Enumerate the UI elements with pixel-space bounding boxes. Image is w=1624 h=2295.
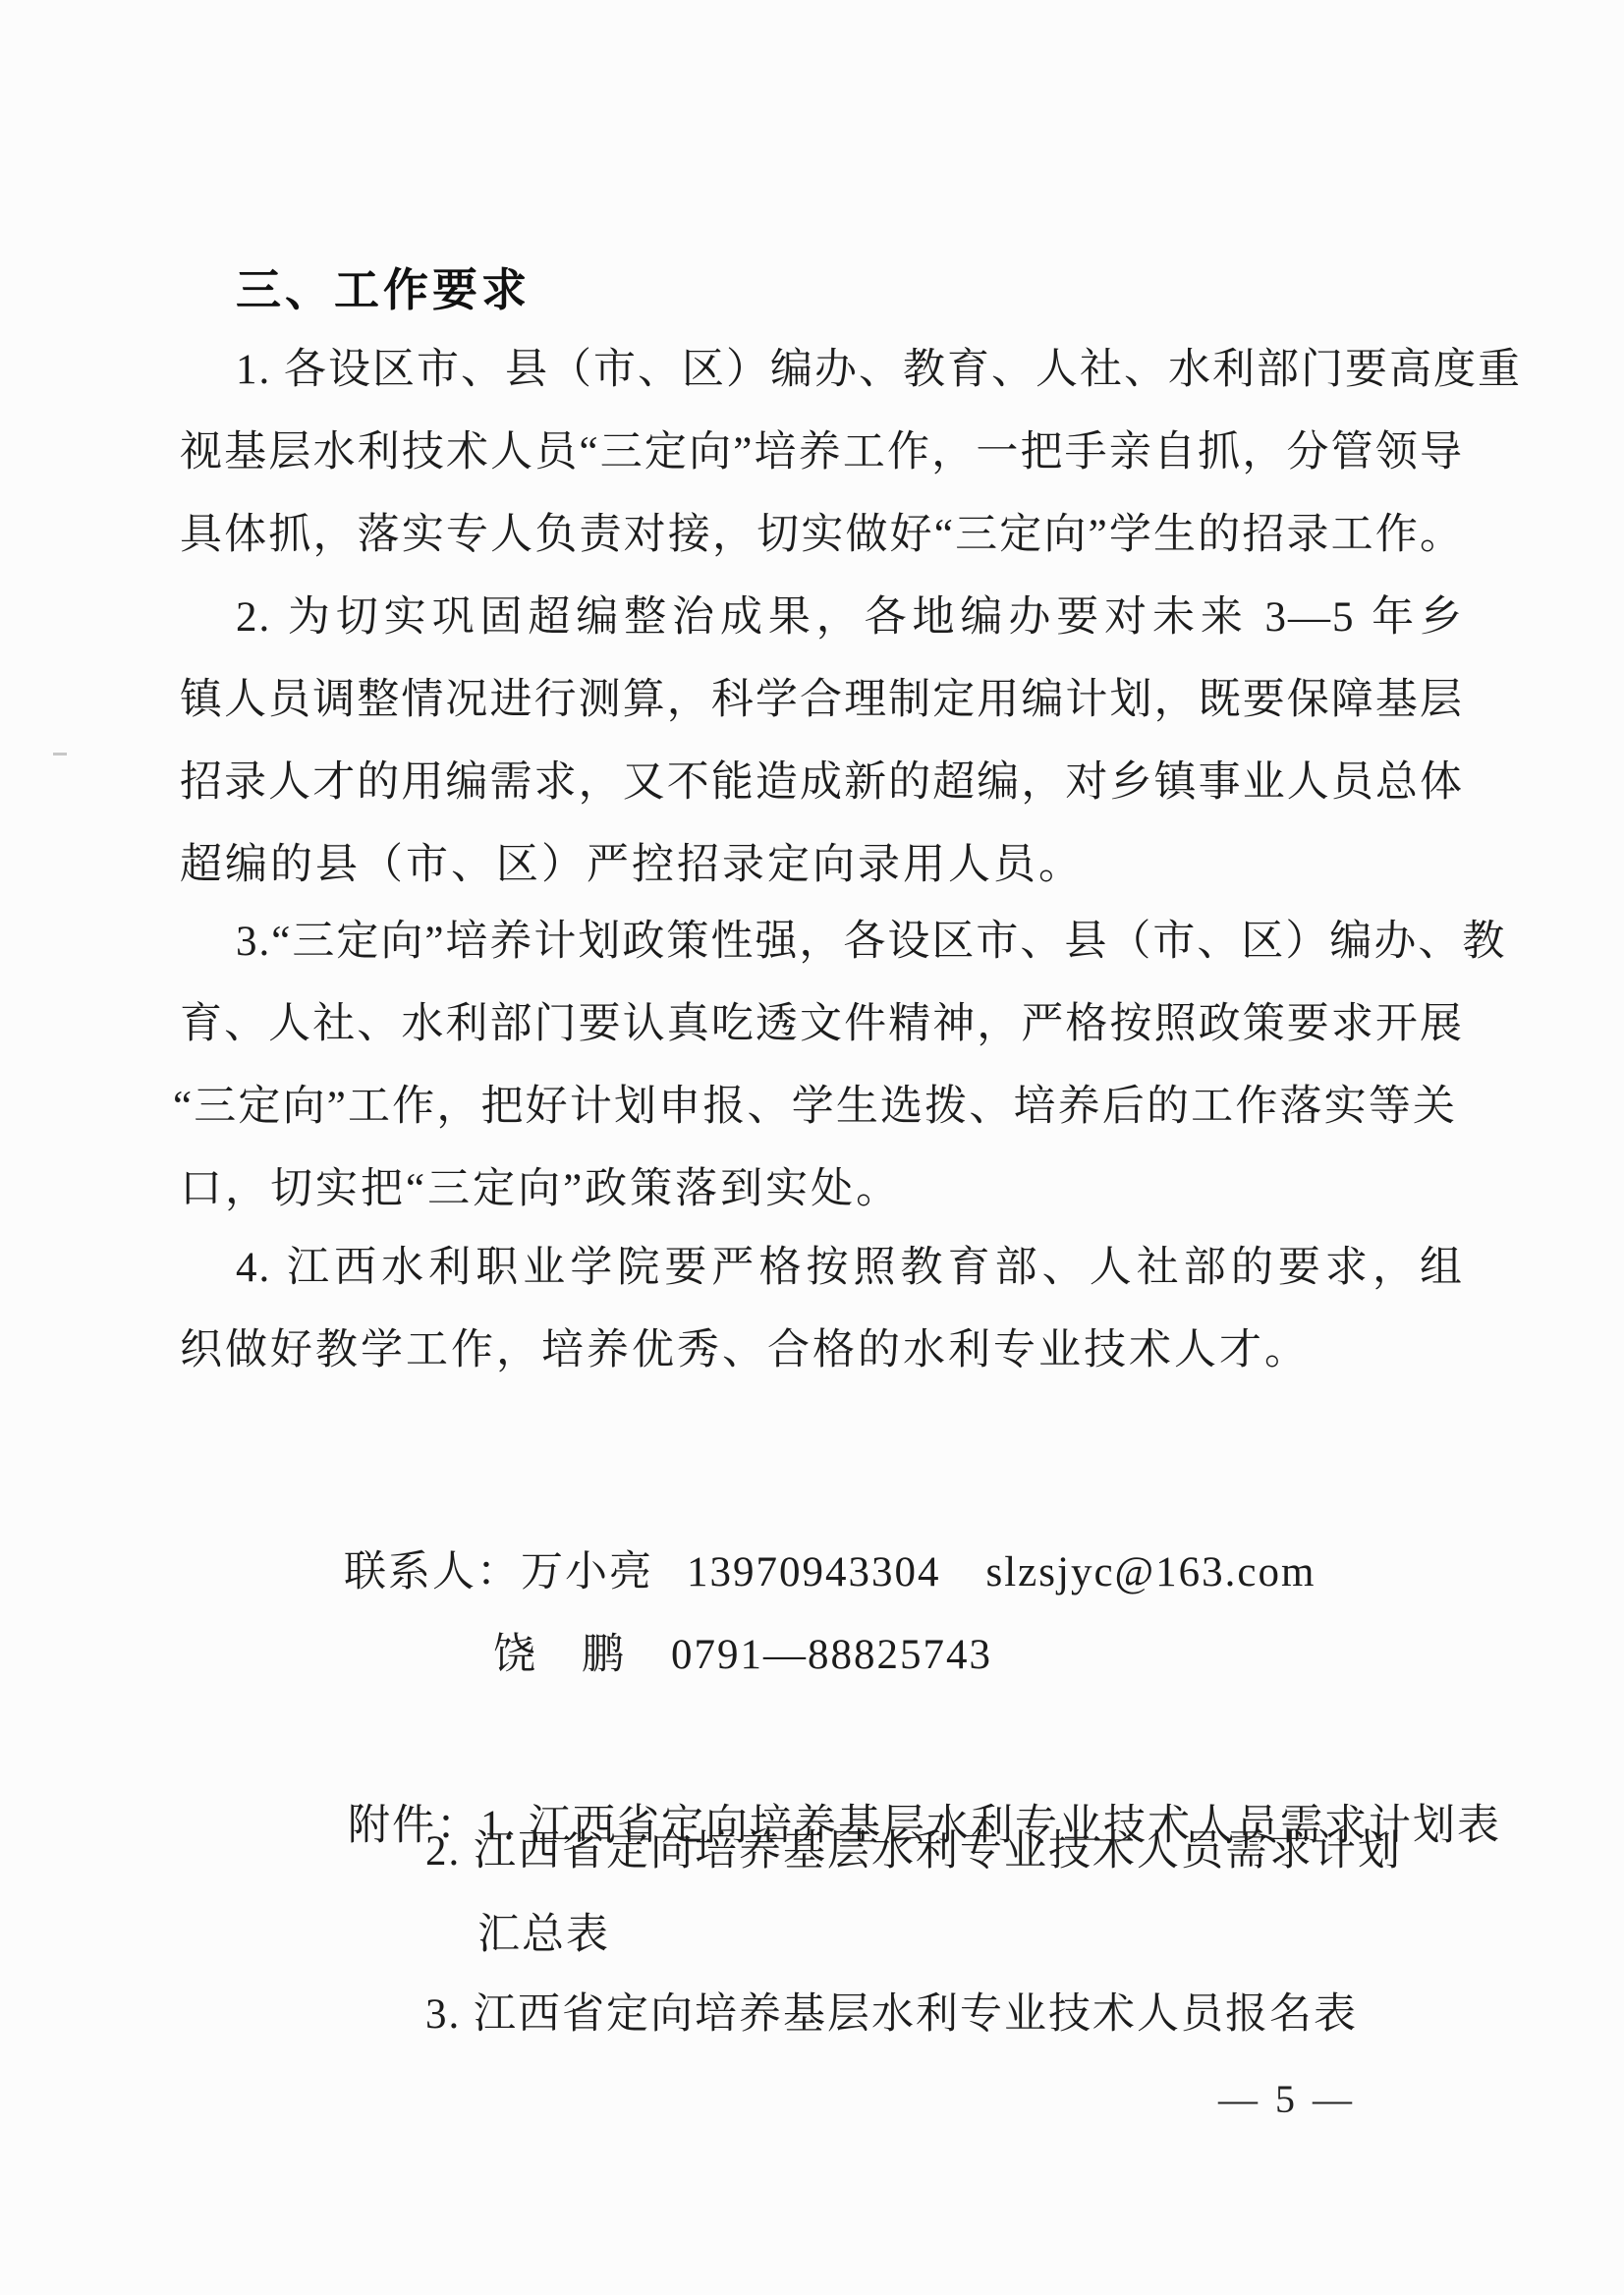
attachment-line: 3. 江西省定向培养基层水利专业技术人员报名表: [425, 1987, 1358, 2043]
paragraph-line: 具体抓，落实专人负责对接，切实做好“三定向”学生的招录工作。: [180, 507, 1464, 564]
paragraph-line: 3.“三定向”培养计划政策性强，各设区市、县（市、区）编办、教: [236, 914, 1464, 971]
attachment-line: 2. 江西省定向培养基层水利专业技术人员需求计划: [425, 1823, 1402, 1880]
page-number: — 5 —: [1218, 2071, 1356, 2128]
scan-artifact: [53, 753, 67, 756]
paragraph-line: 4. 江西水利职业学院要严格按照教育部、人社部的要求，组: [236, 1240, 1464, 1297]
paragraph-line: 1. 各设区市、县（市、区）编办、教育、人社、水利部门要高度重: [236, 342, 1464, 399]
paragraph-line: “三定向”工作，把好计划申报、学生选拨、培养后的工作落实等关: [173, 1079, 1457, 1136]
paragraph-line: 2. 为切实巩固超编整治成果，各地编办要对未来 3—5 年乡: [236, 589, 1464, 646]
section-heading: 三、工作要求: [236, 261, 531, 318]
contact-line: 饶 鹏0791—88825743: [443, 1570, 992, 1741]
paragraph-line: 招录人才的用编需求，又不能造成新的超编，对乡镇事业人员总体: [180, 755, 1464, 812]
paragraph-line: 视基层水利技术人员“三定向”培养工作，一把手亲自抓，分管领导: [180, 424, 1464, 481]
attachment-line: 汇总表: [477, 1907, 610, 1964]
paragraph-line: 织做好教学工作，培养优秀、合格的水利专业技术人才。: [180, 1322, 1310, 1379]
paragraph-line: 口，切实把“三定向”政策落到实处。: [180, 1161, 901, 1218]
contact-name: 饶 鹏: [493, 1627, 626, 1684]
paragraph-line: 育、人社、水利部门要认真吃透文件精神，严格按照政策要求开展: [180, 996, 1464, 1053]
paragraph-line: 超编的县（市、区）严控招录定向录用人员。: [180, 837, 1084, 894]
paragraph-line: 镇人员调整情况进行测算，科学合理制定用编计划，既要保障基层: [180, 672, 1464, 729]
contact-phone: 0791—88825743: [671, 1627, 992, 1684]
contact-email: slzsjyc@163.com: [986, 1544, 1316, 1601]
document-page: 三、工作要求 1. 各设区市、县（市、区）编办、教育、人社、水利部门要高度重 视…: [0, 0, 1624, 2295]
